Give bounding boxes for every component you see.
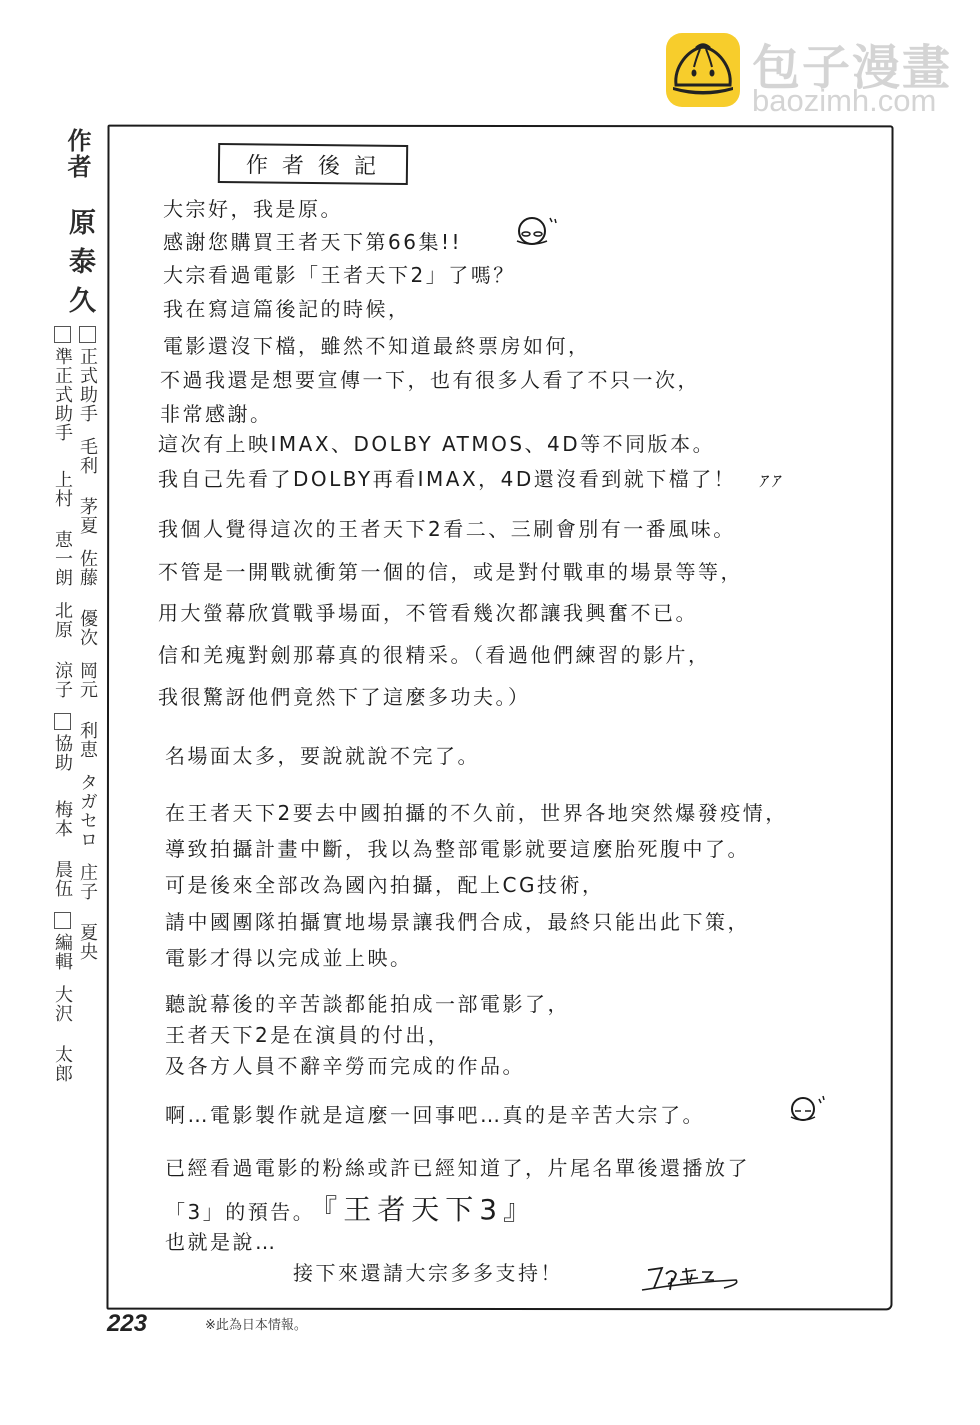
author-name: 原泰久 (60, 208, 99, 325)
text-line: 不管是一開戰就衝第一個的信，或是對付戰車的場景等等， (158, 556, 743, 585)
credits-right-column: 正式助手毛利 茅夏佐藤 優次岡元 利恵タガセロ庄子 夏央 (77, 326, 97, 961)
text-line: 用大螢幕欣賞戰爭場面，不管看幾次都讓我興奮不已。 (158, 597, 698, 626)
sequel-title: 『王者天下3』 (323, 1193, 537, 1226)
credits-column: 作者 原泰久 正式助手毛利 茅夏佐藤 優次岡元 利恵タガセロ庄子 夏央 準正式助… (48, 128, 104, 1108)
author-label: 作者 (60, 128, 95, 180)
text-line: 導致拍攝計畫中斷，我以為整部電影就要這麼胎死腹中了。 (165, 833, 750, 862)
text-line: 感謝您購買王者天下第66集!! (163, 226, 462, 255)
footer-note: ※此為日本情報。 (205, 1314, 307, 1333)
checkbox-square-icon (54, 713, 71, 730)
watermark-url: baozimh.com (752, 83, 936, 119)
credit-name: 庄子 夏央 (77, 863, 98, 961)
credits-left-column: 準正式助手上村 恵一朗北原 涼子協助梅本 晨伍編輯大沢 太郎 (52, 326, 72, 1083)
credit-name: 佐藤 優次 (77, 549, 98, 647)
text-line: 我自己先看了DOLBY再看IMAX，4D還沒看到就下檔了！ (158, 463, 736, 492)
credit-name: 上村 恵一朗 (52, 470, 73, 587)
checkbox-square-icon (79, 326, 96, 343)
credit-name: 岡元 利恵 (77, 661, 98, 759)
credit-name: 梅本 晨伍 (52, 800, 73, 898)
text-line: 在王者天下2要去中國拍攝的不久前，世界各地突然爆發疫情， (165, 797, 788, 826)
section-label-assistants: 正式助手 (77, 347, 98, 423)
text-line: 請中國團隊拍攝實地場景讓我們合成，最終只能出此下策， (165, 906, 750, 935)
text-line: 已經看過電影的粉絲或許已經知道了，片尾名單後還播放了 (165, 1152, 750, 1181)
text-line: 我在寫這篇後記的時候， (163, 293, 411, 322)
text-line: 信和羌瘣對劍那幕真的很精采。（看過他們練習的影片， (158, 639, 711, 668)
text-line: 非常感謝。 (160, 398, 273, 427)
credit-name: 大沢 太郎 (52, 985, 73, 1083)
text-line: 我個人覺得這次的王者天下2看二、三刷會別有一番風味。 (158, 513, 736, 542)
text-line: 這次有上映IMAX、DOLBY ATMOS、4D等不同版本。 (158, 428, 715, 457)
watermark: 包子漫畫 baozimh.com (666, 33, 976, 118)
author-signature-icon (640, 1262, 745, 1294)
text-line: 王者天下2是在演員的付出， (165, 1019, 450, 1048)
section-label-editor: 編輯 (52, 933, 73, 971)
text-line: 及各方人員不辭辛勞而完成的作品。 (165, 1050, 525, 1079)
text-line: 名場面太多，要說就說不完了。 (165, 740, 480, 769)
text-line: 不過我還是想要宣傳一下，也有很多人看了不只一次， (160, 364, 700, 393)
text-line: 「3」的預告。『王者天下3』 (165, 1188, 537, 1228)
teaser-text: 「3」的預告。 (165, 1200, 315, 1224)
sleepy-face-doodle-icon (787, 1093, 829, 1125)
page-number: 223 (107, 1310, 147, 1338)
closing-line: 接下來還請大宗多多支持！ (293, 1257, 563, 1286)
text-line: 我很驚訝他們竟然下了這麼多功夫。） (158, 681, 531, 710)
text-line: 大宗好，我是原。 (163, 193, 343, 222)
text-line: 大宗看過電影「王者天下2」了嗎？ (163, 259, 516, 288)
section-label-semi-assistants: 準正式助手 (52, 347, 73, 442)
credit-name: 北原 涼子 (52, 601, 73, 699)
credit-name: 毛利 茅夏 (77, 437, 98, 535)
afterword-heading: 作者後記 (220, 145, 406, 183)
checkbox-square-icon (54, 326, 71, 343)
text-line: 聽說幕後的辛苦談都能拍成一部電影了， (165, 988, 570, 1017)
bald-face-doodle-icon (512, 215, 560, 249)
afterword-heading-box: 作者後記 (218, 143, 408, 185)
section-label-cooperation: 協助 (52, 734, 73, 772)
checkbox-square-icon (54, 912, 71, 929)
text-line: 啊…電影製作就是這麼一回事吧…真的是辛苦大宗了。 (165, 1099, 705, 1128)
text-line: 也就是說… (165, 1226, 278, 1255)
sfx-tired: ｧｧ (758, 463, 783, 492)
credit-name: タガセロ (77, 773, 98, 849)
text-line: 電影才得以完成並上映。 (165, 942, 413, 971)
text-line: 可是後來全部改為國內拍攝，配上CG技術， (165, 869, 604, 898)
text-line: 電影還沒下檔，雖然不知道最終票房如何， (163, 330, 591, 359)
bun-logo-icon (666, 33, 740, 107)
